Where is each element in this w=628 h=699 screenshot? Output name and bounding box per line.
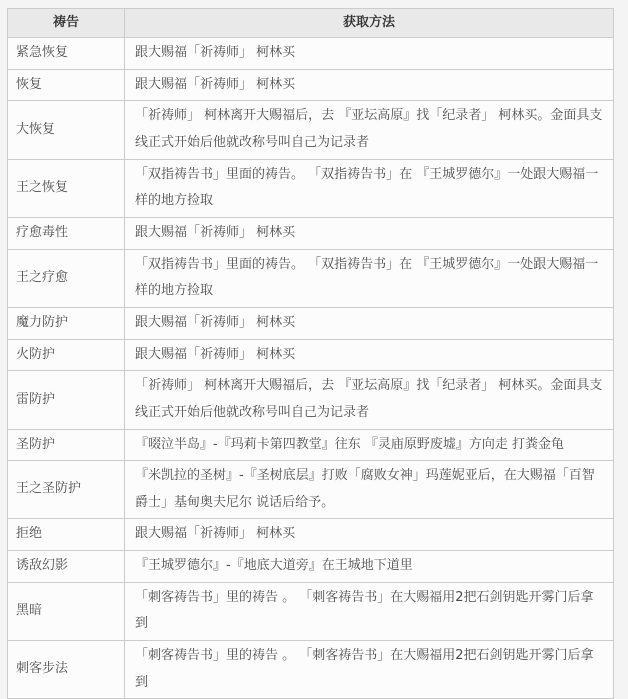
incantation-name: 刺客步法 xyxy=(8,641,125,699)
incantation-table: 祷告 获取方法 紧急恢复跟大赐福「祈祷师」 柯林买恢复跟大赐福「祈祷师」 柯林买… xyxy=(7,8,614,699)
table-row: 雷防护「祈祷师」 柯林离开大赐福后，去 『亚坛高原』找「纪录者」 柯林买。金面具… xyxy=(8,371,614,429)
acquisition-method: 跟大赐福「祈祷师」 柯林买 xyxy=(125,38,614,70)
incantation-name: 大恢复 xyxy=(8,101,125,159)
table-row: 圣防护『啜泣半岛』-『玛莉卡第四教堂』往东 『灵庙原野废墟』方向走 打粪金龟 xyxy=(8,429,614,461)
table-row: 拒绝跟大赐福「祈祷师」 柯林买 xyxy=(8,519,614,551)
incantation-name: 恢复 xyxy=(8,69,125,101)
column-header-acquisition: 获取方法 xyxy=(125,9,614,38)
acquisition-method: 跟大赐福「祈祷师」 柯林买 xyxy=(125,519,614,551)
table-row: 紧急恢复跟大赐福「祈祷师」 柯林买 xyxy=(8,38,614,70)
acquisition-method: 「刺客祷告书」里的祷告 。 「刺客祷告书」在大赐福用2把石剑钥匙开雾门后拿到 xyxy=(125,582,614,640)
table-header-row: 祷告 获取方法 xyxy=(8,9,614,38)
incantation-name: 魔力防护 xyxy=(8,307,125,339)
incantation-name: 火防护 xyxy=(8,339,125,371)
acquisition-method: 『米凯拉的圣树』-『圣树底层』打败「腐败女神」玛莲妮亚后，在大赐福「百智爵士」基… xyxy=(125,461,614,519)
table-row: 王之疗愈「双指祷告书」里面的祷告。 「双指祷告书」在 『王城罗德尔』一处跟大赐福… xyxy=(8,249,614,307)
table-row: 魔力防护跟大赐福「祈祷师」 柯林买 xyxy=(8,307,614,339)
incantation-name: 圣防护 xyxy=(8,429,125,461)
table-row: 恢复跟大赐福「祈祷师」 柯林买 xyxy=(8,69,614,101)
incantation-name: 疗愈毒性 xyxy=(8,218,125,250)
table-row: 疗愈毒性跟大赐福「祈祷师」 柯林买 xyxy=(8,218,614,250)
incantation-name: 黑暗 xyxy=(8,582,125,640)
incantation-name: 王之疗愈 xyxy=(8,249,125,307)
acquisition-method: 「祈祷师」 柯林离开大赐福后，去 『亚坛高原』找「纪录者」 柯林买。金面具支线正… xyxy=(125,101,614,159)
incantation-name: 王之圣防护 xyxy=(8,461,125,519)
acquisition-method: 「双指祷告书」里面的祷告。 「双指祷告书」在 『王城罗德尔』一处跟大赐福一样的地… xyxy=(125,159,614,217)
acquisition-method: 跟大赐福「祈祷师」 柯林买 xyxy=(125,307,614,339)
incantation-name: 拒绝 xyxy=(8,519,125,551)
table-row: 黑暗「刺客祷告书」里的祷告 。 「刺客祷告书」在大赐福用2把石剑钥匙开雾门后拿到 xyxy=(8,582,614,640)
acquisition-method: 「双指祷告书」里面的祷告。 「双指祷告书」在 『王城罗德尔』一处跟大赐福一样的地… xyxy=(125,249,614,307)
table-row: 王之恢复「双指祷告书」里面的祷告。 「双指祷告书」在 『王城罗德尔』一处跟大赐福… xyxy=(8,159,614,217)
table-body: 紧急恢复跟大赐福「祈祷师」 柯林买恢复跟大赐福「祈祷师」 柯林买大恢复「祈祷师」… xyxy=(8,38,614,699)
acquisition-method: 『王城罗德尔』-『地底大道旁』在王城地下道里 xyxy=(125,551,614,583)
incantation-name: 王之恢复 xyxy=(8,159,125,217)
acquisition-method: 「刺客祷告书」里的祷告 。 「刺客祷告书」在大赐福用2把石剑钥匙开雾门后拿到 xyxy=(125,641,614,699)
table-row: 火防护跟大赐福「祈祷师」 柯林买 xyxy=(8,339,614,371)
acquisition-method: 跟大赐福「祈祷师」 柯林买 xyxy=(125,218,614,250)
acquisition-method: 『啜泣半岛』-『玛莉卡第四教堂』往东 『灵庙原野废墟』方向走 打粪金龟 xyxy=(125,429,614,461)
acquisition-method: 跟大赐福「祈祷师」 柯林买 xyxy=(125,69,614,101)
table-row: 刺客步法「刺客祷告书」里的祷告 。 「刺客祷告书」在大赐福用2把石剑钥匙开雾门后… xyxy=(8,641,614,699)
page-background: 祷告 获取方法 紧急恢复跟大赐福「祈祷师」 柯林买恢复跟大赐福「祈祷师」 柯林买… xyxy=(0,0,628,625)
acquisition-method: 「祈祷师」 柯林离开大赐福后，去 『亚坛高原』找「纪录者」 柯林买。金面具支线正… xyxy=(125,371,614,429)
incantation-name: 诱敌幻影 xyxy=(8,551,125,583)
table-row: 大恢复「祈祷师」 柯林离开大赐福后，去 『亚坛高原』找「纪录者」 柯林买。金面具… xyxy=(8,101,614,159)
incantation-name: 紧急恢复 xyxy=(8,38,125,70)
table-row: 诱敌幻影『王城罗德尔』-『地底大道旁』在王城地下道里 xyxy=(8,551,614,583)
incantation-name: 雷防护 xyxy=(8,371,125,429)
column-header-incantation: 祷告 xyxy=(8,9,125,38)
acquisition-method: 跟大赐福「祈祷师」 柯林买 xyxy=(125,339,614,371)
table-row: 王之圣防护『米凯拉的圣树』-『圣树底层』打败「腐败女神」玛莲妮亚后，在大赐福「百… xyxy=(8,461,614,519)
